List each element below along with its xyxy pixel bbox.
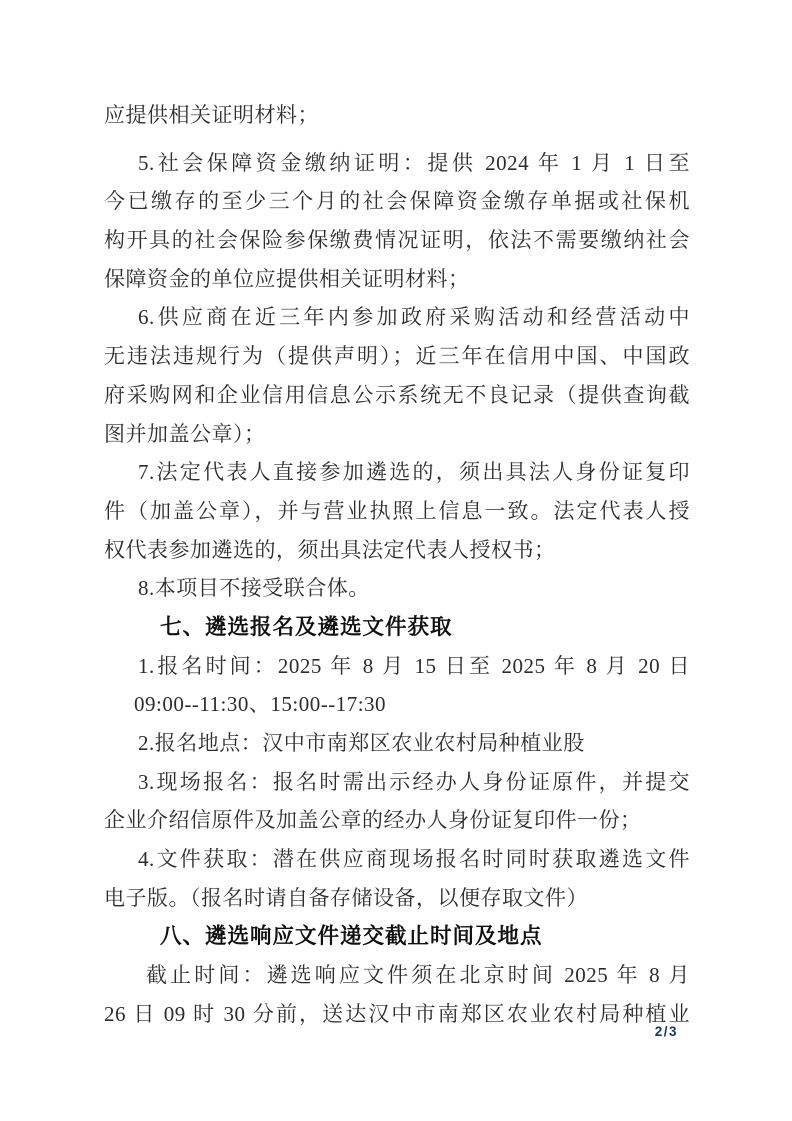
document-line: 企业介绍信原件及加盖公章的经办人身份证复印件一份； — [104, 801, 690, 840]
section-heading-registration: 七、遴选报名及遴选文件获取 — [104, 608, 690, 647]
document-line: 6.供应商在近三年内参加政府采购活动和经营活动中 — [104, 298, 690, 337]
document-line: 构开具的社会保险参保缴费情况证明，依法不需要缴纳社会 — [104, 221, 690, 260]
document-line: 府采购网和企业信用信息公示系统无不良记录（提供查询截 — [104, 376, 690, 415]
document-line: 电子版。（报名时请自备存储设备，以便存取文件） — [104, 879, 690, 918]
document-line: 3.现场报名：报名时需出示经办人身份证原件，并提交 — [104, 763, 690, 802]
document-line: 保障资金的单位应提供相关证明材料； — [104, 260, 690, 299]
document-line: 8.本项目不接受联合体。 — [104, 569, 690, 608]
document-line: 5.社会保障资金缴纳证明：提供 2024 年 1 月 1 日至 — [104, 144, 690, 183]
document-line: 截止时间：遴选响应文件须在北京时间 2025 年 8 月 — [104, 956, 690, 995]
document-line: 2.报名地点：汉中市南郑区农业农村局种植业股 — [104, 724, 690, 763]
document-line: 无违法违规行为（提供声明）；近三年在信用中国、中国政 — [104, 337, 690, 376]
document-line: 应提供相关证明材料； — [104, 96, 690, 135]
document-line: 件（加盖公章），并与营业执照上信息一致。法定代表人授 — [104, 492, 690, 531]
document-line: 图并加盖公章）； — [104, 415, 690, 454]
page-number: 2/3 — [104, 1024, 678, 1039]
document-line: 7.法定代表人直接参加遴选的，须出具法人身份证复印 — [104, 453, 690, 492]
document-page: 应提供相关证明材料； 5.社会保障资金缴纳证明：提供 2024 年 1 月 1 … — [0, 0, 792, 1121]
document-line: 权代表参加遴选的，须出具法定代表人授权书； — [104, 531, 690, 570]
document-line: 1.报名时间：2025 年 8 月 15 日至 2025 年 8 月 20 日 — [104, 647, 690, 686]
document-line: 今已缴存的至少三个月的社会保障资金缴存单据或社保机 — [104, 182, 690, 221]
document-body: 应提供相关证明材料； 5.社会保障资金缴纳证明：提供 2024 年 1 月 1 … — [104, 96, 690, 1034]
document-line: 4.文件获取：潜在供应商现场报名时同时获取遴选文件 — [104, 840, 690, 879]
section-heading-deadline: 八、遴选响应文件递交截止时间及地点 — [104, 917, 690, 956]
document-line: 09:00--11:30、15:00--17:30 — [104, 685, 690, 724]
